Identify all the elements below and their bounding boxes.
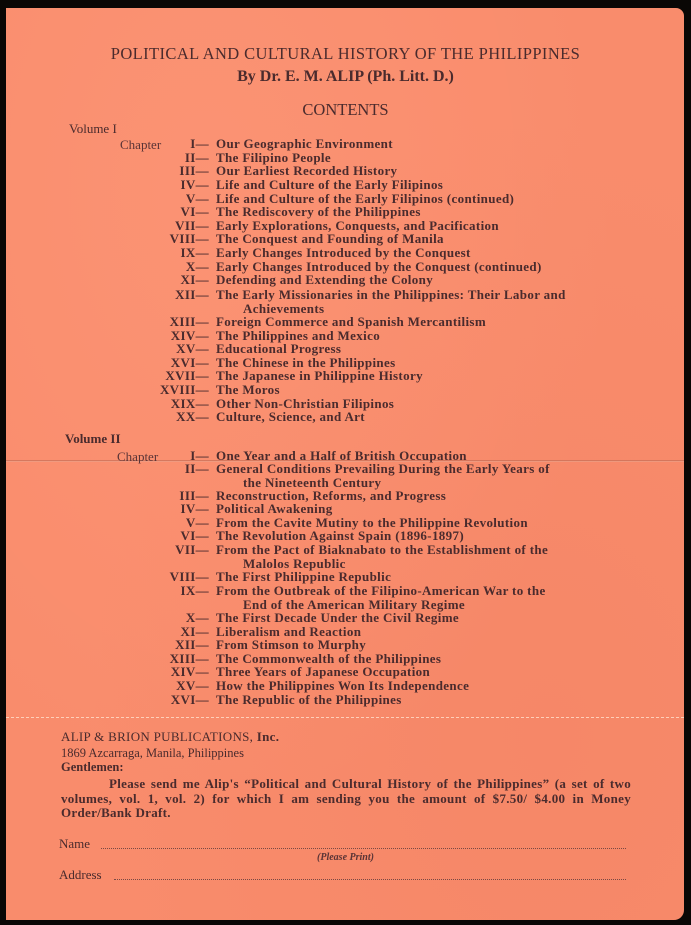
chapter-number: VI— (129, 205, 209, 219)
chapter-row: XI—Defending and Extending the Colony (0, 273, 691, 287)
chapter-title: Three Years of Japanese Occupation (216, 665, 430, 679)
chapter-number: I— (129, 137, 209, 151)
chapter-title: The Republic of the Philippines (216, 693, 402, 707)
publisher-address: 1869 Azcarraga, Manila, Philippines (61, 746, 244, 761)
name-label: Name (59, 836, 90, 852)
volume-1-label: Volume I (69, 121, 117, 137)
chapter-row: XII—The Early Missionaries in the Philip… (0, 288, 691, 302)
chapter-number: X— (129, 611, 209, 625)
chapter-number: IV— (129, 178, 209, 192)
address-label: Address (59, 867, 102, 883)
chapter-row: IV—Political Awakening (0, 502, 691, 516)
chapter-number: XVIII— (129, 383, 209, 397)
chapter-number: VIII— (129, 570, 209, 584)
chapter-title: The Early Missionaries in the Philippine… (216, 288, 566, 302)
chapter-number: XV— (129, 342, 209, 356)
chapter-row: XIV—The Philippines and Mexico (0, 329, 691, 343)
name-hint: (Please Print) (0, 852, 691, 863)
name-field[interactable] (101, 848, 626, 849)
chapter-row: III—Reconstruction, Reforms, and Progres… (0, 489, 691, 503)
chapter-title: Defending and Extending the Colony (216, 273, 433, 287)
chapter-number: XVI— (129, 693, 209, 707)
book-author: By Dr. E. M. ALIP (Ph. Litt. D.) (0, 68, 691, 86)
chapter-number: II— (129, 462, 209, 476)
address-field[interactable] (114, 879, 626, 880)
chapter-number: XIV— (129, 665, 209, 679)
chapter-row: XII—From Stimson to Murphy (0, 638, 691, 652)
chapter-number: XX— (129, 410, 209, 424)
chapter-row: XVIII—The Moros (0, 383, 691, 397)
chapter-number: III— (129, 164, 209, 178)
chapter-number: IV— (129, 502, 209, 516)
chapter-row: VI—The Rediscovery of the Philippines (0, 205, 691, 219)
chapter-row: XVII—The Japanese in Philippine History (0, 369, 691, 383)
chapter-title: From Stimson to Murphy (216, 638, 366, 652)
chapter-title: Political Awakening (216, 502, 333, 516)
chapter-row: VIII—The Conquest and Founding of Manila (0, 232, 691, 246)
chapter-number: VII— (129, 543, 209, 557)
chapter-row: XV—Educational Progress (0, 342, 691, 356)
publisher-name: ALIP & BRION PUBLICATIONS, Inc. (61, 729, 279, 745)
chapter-row: XVI—The Republic of the Philippines (0, 693, 691, 707)
chapter-number: XIII— (129, 315, 209, 329)
chapter-title: Culture, Science, and Art (216, 410, 365, 424)
chapter-title: Our Earliest Recorded History (216, 164, 397, 178)
chapter-row: XIII—Foreign Commerce and Spanish Mercan… (0, 315, 691, 329)
chapter-title: The Conquest and Founding of Manila (216, 232, 444, 246)
chapter-row: IX—From the Outbreak of the Filipino-Ame… (0, 584, 691, 598)
chapter-number: XVII— (129, 369, 209, 383)
chapter-row: III—Our Earliest Recorded History (0, 164, 691, 178)
chapter-number: VI— (129, 529, 209, 543)
chapter-row: XV—How the Philippines Won Its Independe… (0, 679, 691, 693)
chapter-number: VIII— (129, 232, 209, 246)
chapter-title: General Conditions Prevailing During the… (216, 462, 550, 476)
salutation: Gentlemen: (61, 760, 123, 775)
chapter-row: XX—Culture, Science, and Art (0, 410, 691, 424)
chapter-number: XII— (129, 638, 209, 652)
publisher-suffix: Inc. (257, 729, 280, 744)
chapter-title: The Revolution Against Spain (1896-1897) (216, 529, 464, 543)
chapter-row: VII—From the Pact of Biaknabato to the E… (0, 543, 691, 557)
chapter-row: X—The First Decade Under the Civil Regim… (0, 611, 691, 625)
chapter-title: Our Geographic Environment (216, 137, 393, 151)
chapter-number: IX— (129, 246, 209, 260)
chapter-row: XIV—Three Years of Japanese Occupation (0, 665, 691, 679)
chapter-title: Life and Culture of the Early Filipinos (216, 178, 443, 192)
chapter-row: IX—Early Changes Introduced by the Conqu… (0, 246, 691, 260)
chapter-number: XII— (129, 288, 209, 302)
order-request-text: Please send me Alip's “Political and Cul… (61, 777, 631, 821)
chapter-title: The Japanese in Philippine History (216, 369, 423, 383)
chapter-row: II—General Conditions Prevailing During … (0, 462, 691, 476)
chapter-title: Educational Progress (216, 342, 341, 356)
contents-heading: CONTENTS (0, 100, 691, 120)
chapter-row: VIII—The First Philippine Republic (0, 570, 691, 584)
chapter-row: VI—The Revolution Against Spain (1896-18… (0, 529, 691, 543)
chapter-title: The Rediscovery of the Philippines (216, 205, 421, 219)
chapter-number: IX— (129, 584, 209, 598)
chapter-row: IV—Life and Culture of the Early Filipin… (0, 178, 691, 192)
book-title: POLITICAL AND CULTURAL HISTORY OF THE PH… (0, 44, 691, 64)
chapter-title: How the Philippines Won Its Independence (216, 679, 469, 693)
chapter-number: XI— (129, 273, 209, 287)
tear-off-perforation (6, 717, 684, 718)
chapter-title: The First Decade Under the Civil Regime (216, 611, 459, 625)
chapter-number: XV— (129, 679, 209, 693)
chapter-row: I—Our Geographic Environment (0, 137, 691, 151)
chapter-title: The First Philippine Republic (216, 570, 391, 584)
chapter-title: Foreign Commerce and Spanish Mercantilis… (216, 315, 486, 329)
chapter-title: Early Changes Introduced by the Conquest (216, 246, 471, 260)
chapter-title: From the Pact of Biaknabato to the Estab… (216, 543, 548, 557)
publisher-name-text: ALIP & BRION PUBLICATIONS, (61, 729, 253, 744)
chapter-title: The Moros (216, 383, 280, 397)
chapter-title: From the Outbreak of the Filipino-Americ… (216, 584, 546, 598)
volume-2-label: Volume II (65, 431, 121, 447)
